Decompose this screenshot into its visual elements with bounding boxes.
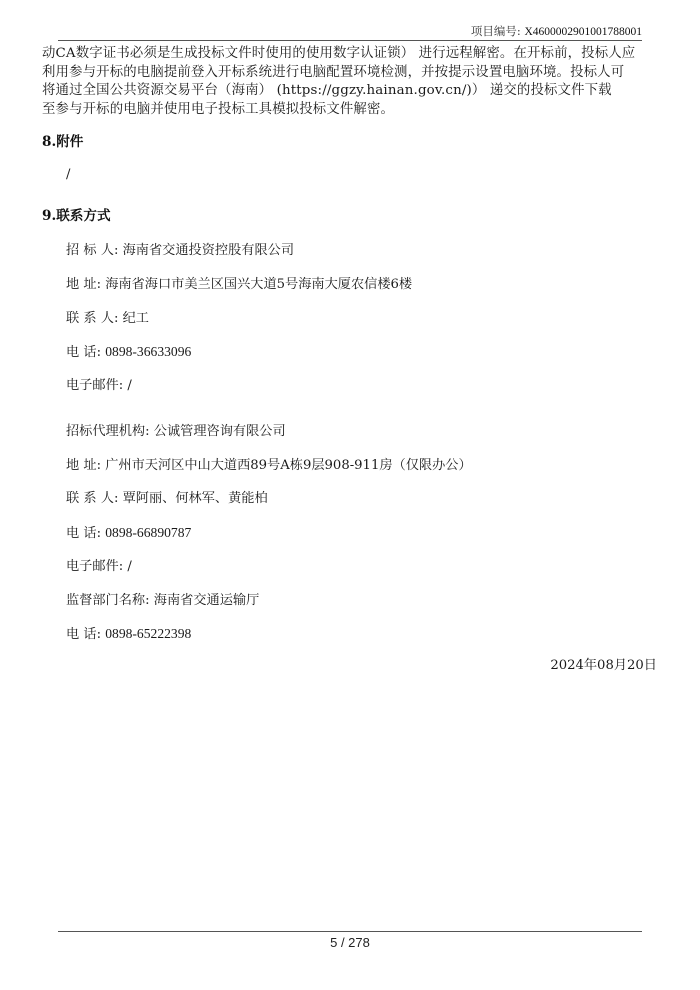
agency-name-value: 公诚管理咨询有限公司	[154, 424, 286, 439]
page-header: 项目编号: X4600002901001788001	[58, 24, 642, 41]
agency-address-label: 地 址:	[66, 458, 101, 473]
tenderer-phone-row: 电 话: 0898-36633096	[66, 343, 191, 362]
tenderer-email-value: /	[127, 378, 131, 393]
agency-email-row: 电子邮件: /	[66, 558, 132, 576]
tenderer-name-row: 招 标 人: 海南省交通投资控股有限公司	[66, 242, 294, 260]
supervisor-name-value: 海南省交通运输厅	[154, 593, 260, 608]
project-number-label: 项目编号:	[471, 24, 521, 38]
tenderer-contact-value: 纪工	[123, 311, 149, 326]
paragraph-line: 动CA数字证书必须是生成投标文件时使用的使用数字认证锁） 进行远程解密。在开标前…	[42, 45, 660, 64]
agency-phone-row: 电 话: 0898-66890787	[66, 524, 191, 543]
agency-contact-label: 联 系 人:	[66, 491, 118, 506]
document-date: 2024年08月20日	[550, 657, 657, 675]
tenderer-name-label: 招 标 人:	[66, 243, 118, 258]
agency-name-label: 招标代理机构:	[66, 424, 150, 439]
paragraph-line: 至参与开标的电脑并使用电子投标工具模拟投标文件解密。	[42, 101, 660, 120]
section-heading-attachments: 8.附件	[42, 133, 83, 151]
tenderer-address-row: 地 址: 海南省海口市美兰区国兴大道5号海南大厦农信楼6楼	[66, 276, 412, 294]
tenderer-contact-row: 联 系 人: 纪工	[66, 310, 149, 328]
intro-paragraph: 动CA数字证书必须是生成投标文件时使用的使用数字认证锁） 进行远程解密。在开标前…	[42, 45, 660, 119]
paragraph-line: 利用参与开标的电脑提前登入开标系统进行电脑配置环境检测，并按提示设置电脑环境。投…	[42, 64, 660, 83]
agency-address-value: 广州市天河区中山大道西89号A栋9层908-911房（仅限办公）	[105, 458, 471, 473]
agency-phone-value: 0898-66890787	[105, 525, 191, 540]
agency-address-row: 地 址: 广州市天河区中山大道西89号A栋9层908-911房（仅限办公）	[66, 457, 472, 475]
supervisor-name-label: 监督部门名称:	[66, 593, 150, 608]
paragraph-line: 将通过全国公共资源交易平台（海南） (https://ggzy.hainan.g…	[42, 82, 660, 101]
document-page: 项目编号: X4600002901001788001 动CA数字证书必须是生成投…	[0, 0, 700, 990]
tenderer-address-label: 地 址:	[66, 277, 101, 292]
supervisor-phone-row: 电 话: 0898-65222398	[66, 625, 191, 644]
supervisor-phone-label: 电 话:	[66, 627, 101, 642]
tenderer-name-value: 海南省交通投资控股有限公司	[123, 243, 294, 258]
agency-name-row: 招标代理机构: 公诚管理咨询有限公司	[66, 423, 286, 441]
tenderer-contact-label: 联 系 人:	[66, 311, 118, 326]
tenderer-email-row: 电子邮件: /	[66, 377, 132, 395]
tenderer-phone-value: 0898-36633096	[105, 344, 191, 359]
project-number-value: X4600002901001788001	[524, 26, 642, 38]
tenderer-phone-label: 电 话:	[66, 345, 101, 360]
section-heading-contact: 9.联系方式	[42, 207, 111, 225]
tenderer-email-label: 电子邮件:	[66, 378, 123, 393]
agency-email-label: 电子邮件:	[66, 559, 123, 574]
page-indicator: 5 / 278	[0, 935, 700, 951]
supervisor-phone-value: 0898-65222398	[105, 626, 191, 641]
agency-contact-row: 联 系 人: 覃阿丽、何林军、黄能柏	[66, 490, 268, 508]
agency-email-value: /	[127, 559, 131, 574]
agency-contact-value: 覃阿丽、何林军、黄能柏	[123, 491, 268, 506]
tenderer-address-value: 海南省海口市美兰区国兴大道5号海南大厦农信楼6楼	[105, 277, 412, 292]
attachments-content: /	[66, 166, 70, 184]
agency-phone-label: 电 话:	[66, 526, 101, 541]
supervisor-name-row: 监督部门名称: 海南省交通运输厅	[66, 592, 259, 610]
footer-divider	[58, 931, 642, 932]
